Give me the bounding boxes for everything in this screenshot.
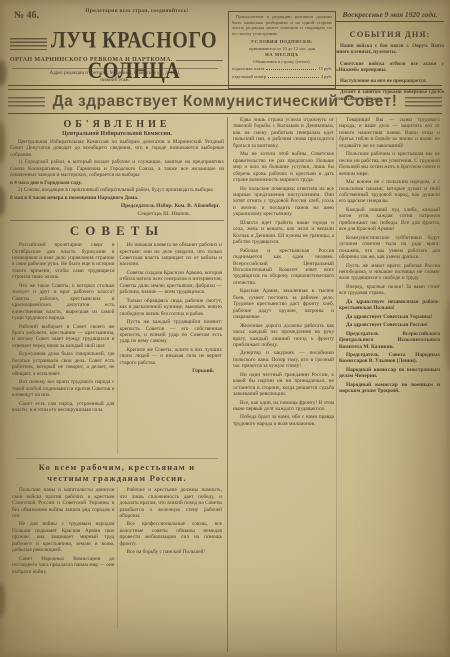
text-line: Пусть же каждый трудящийся помнит: крепо…	[120, 319, 223, 345]
left-half: ОБ'ЯВЛЕНИЕ Центральной Избирательной Ком…	[10, 117, 224, 652]
announcement-title: ОБ'ЯВЛЕНИЕ	[10, 119, 224, 130]
announcement-body: Центральная Избирательная Комиссия по вы…	[10, 139, 224, 201]
appeal-slogans: Да здравствует независимая рабоче-кресть…	[339, 299, 440, 329]
text-line: Дезертир и шкурник — пособники польского…	[233, 350, 334, 369]
appeal-column-1: Польские паны и капиталисты двинули свои…	[10, 487, 117, 628]
text-line: Рабочая и крестьянская Россия поднимаетс…	[233, 248, 334, 287]
subtitle-rule	[176, 60, 223, 61]
text-line: Шляхта идет грабить наши города и села, …	[233, 220, 334, 246]
soviets-title: СОВЕТЫ	[10, 223, 224, 239]
announcement-signature-secretary: Секретарь Ш. Иванов.	[10, 211, 224, 217]
price-value: 15 руб.	[318, 66, 332, 72]
price-value: 4 руб.	[321, 74, 332, 80]
proletarians-slogan: Пролетарии всех стран, соединяйтесь!	[56, 8, 218, 14]
subscription-title: УСЛОВИЯ ПОДПИСКИ:	[232, 39, 332, 45]
text-line: Вот почему все враги трудового народа с …	[12, 379, 115, 398]
appeal-signatures: Председатель Всероссийского Центрального…	[339, 331, 440, 395]
text-line: Едва лишь страна успела отдохнуть от тяж…	[233, 117, 334, 149]
text-line: Советы создали Красную Армию, которая от…	[120, 270, 223, 296]
text-line: в 4 часа дня в Городском саду.	[10, 180, 224, 186]
appeal-column-2: Рабочие и крестьяне должны помнить, что …	[117, 487, 225, 628]
text-line: 8 мая в 6 часов вечера в помещении Народ…	[10, 195, 224, 201]
newspaper-page: № 46. Пролетарии всех стран, соединяйтес…	[0, 0, 450, 657]
text-line: Но польские помещики ответили на все мир…	[233, 186, 334, 218]
edge-stain	[0, 60, 6, 86]
text-line: 1) Городской район, в который входят раб…	[10, 159, 224, 178]
text-line: Народный комиссар по военным и морским д…	[339, 382, 440, 395]
subscription-hours: принимаются от 10 до 12 час. дня	[232, 46, 332, 52]
text-line: Совет Народных Комиссаров до последнего …	[12, 556, 115, 575]
text-line: Председатель Всероссийского Центрального…	[339, 331, 440, 350]
text-line: Наши войска с боя взяли г. Овруч. Взято …	[336, 44, 444, 57]
text-line: Вперед, красные полки! За вами стоит вся…	[339, 284, 440, 297]
price-label: отдельный номер	[232, 74, 266, 80]
price-row: подписная плата 15 руб.	[232, 66, 332, 72]
soviets-article: СОВЕТЫ Российский пролетариат сверг в Ок…	[10, 222, 224, 454]
right-columns: Едва лишь страна успела отдохнуть от тяж…	[231, 117, 442, 652]
text-line: Российский пролетариат сверг в Октябрьск…	[12, 242, 115, 281]
text-line: Что же такое Советы, о которых столько т…	[12, 283, 115, 322]
text-line: Польские паны и капиталисты двинули свои…	[12, 487, 115, 519]
address-line-2: нижний этаж.	[12, 78, 218, 85]
section-rule	[10, 220, 224, 221]
text-line: Народный комиссар по иностранным делам Ч…	[339, 367, 440, 380]
right-half: Едва лишь страна успела отдохнуть от тяж…	[231, 117, 442, 652]
announcement-subtitle: Центральной Избирательной Комиссии.	[10, 131, 224, 137]
text-line: Только обращаясь сюда, рабочие смогут, к…	[120, 298, 223, 317]
dot-leader	[266, 66, 316, 70]
text-line: Совет есть сам народ, устроенный для вла…	[12, 401, 115, 414]
subtitle-row: ОРГАН МАРИИНСКОГО РЕВКОМА И ПАРТКОМА.	[10, 57, 223, 63]
announcement-signature-chairman: Председатель Избир. Ком. В. Айзенберг.	[10, 203, 224, 209]
announcement-section: ОБ'ЯВЛЕНИЕ Центральной Избирательной Ком…	[10, 117, 224, 217]
text-line: Товарищи! Вы — сыны трудового народа, и …	[339, 117, 440, 149]
text-line: Железные дороги должны работать как часы…	[233, 323, 334, 349]
text-line: Все профессиональные союзы, все волостны…	[120, 521, 223, 547]
text-line: Советские войска отбили все атаки у «Ниж…	[336, 62, 444, 75]
paper-stain	[444, 300, 450, 370]
newspaper-subtitle: ОРГАН МАРИИНСКОГО РЕВКОМА И ПАРТКОМА.	[10, 57, 173, 63]
text-line: Председатель Совета Народных Комиссаров …	[339, 352, 440, 365]
text-line: Центральная Избирательная Комиссия по вы…	[10, 139, 224, 158]
text-line: Рабочий выбирает в Совет своего же брата…	[12, 324, 115, 350]
banner-lines-decoration	[8, 97, 45, 107]
edge-stain	[0, 186, 5, 216]
subscription-box: Присылаемые в редакцию рукописи должны б…	[228, 11, 336, 89]
events-title: СОБЫТИЯ ДНЯ:	[336, 29, 444, 39]
issue-number: № 46.	[14, 10, 39, 21]
column-divider	[227, 117, 228, 652]
edge-stain	[0, 122, 5, 164]
text-line: Да здравствует Советская Украина!	[339, 314, 440, 320]
soviets-column-1: Российский пролетариат сверг в Октябрьск…	[10, 242, 117, 454]
dot-leader	[268, 74, 319, 78]
page-body: ОБ'ЯВЛЕНИЕ Центральной Избирательной Ком…	[10, 117, 442, 652]
text-line: Буржуазная дума была говорильней, где бо…	[12, 351, 115, 377]
soviets-column-2-text: Но никакая клевета не обманет рабочих и …	[120, 242, 223, 366]
text-line: Ни один честный гражданин России, к како…	[233, 372, 334, 398]
month-title: НА МЕСЯЦЪ	[232, 52, 332, 58]
body-column-4: Товарищи! Вы — сыны трудового народа, и …	[336, 117, 442, 652]
text-line: Крепите же Советы, шлите в них лучших св…	[120, 347, 223, 366]
body-column-3: Едва лишь страна успела отдохнуть от тяж…	[231, 117, 336, 652]
text-line: Каждый лишний пуд хлеба, каждый вагон уг…	[339, 207, 440, 233]
appeal-article: Ко всем рабочим, крестьянам и честным гр…	[10, 454, 224, 628]
date-line: Воскресенье 9 мая 1920 года.	[336, 10, 444, 22]
masthead-lines-decoration	[10, 38, 47, 51]
text-line: Польским рабочим и крестьянам мы не несе…	[339, 151, 440, 177]
address-block: Адрес редакции и конторы: Мариинск, Сове…	[12, 68, 218, 84]
text-line: Рабочие и крестьяне должны помнить, что …	[120, 487, 223, 519]
text-line: Все на борьбу с панской Польшей!	[120, 549, 223, 555]
appeal-title: Ко всем рабочим, крестьянам и честным гр…	[16, 458, 218, 484]
text-line: Все, как один, на помощь фронту! В этом …	[233, 400, 334, 413]
soviets-column-2: Но никакая клевета не обманет рабочих и …	[117, 242, 225, 454]
banner-lines-decoration	[405, 97, 442, 107]
text-line: Мы не хотели этой войны. Советское прави…	[233, 151, 334, 183]
text-line: Пусть же знают враги: рабочая Россия неп…	[339, 263, 440, 282]
appeal-columns: Польские паны и капиталисты двинули свои…	[10, 487, 224, 628]
text-line: Не для войны с трудовым народом Польши п…	[12, 521, 115, 553]
body-column-4-text: Товарищи! Вы — сыны трудового народа, и …	[339, 117, 440, 297]
editorial-notice: Присылаемые в редакцию рукописи должны б…	[232, 14, 332, 37]
text-line: Да здравствует Советская Россия!	[339, 322, 440, 328]
soviets-columns: Российский пролетариат сверг в Октябрьск…	[10, 242, 224, 454]
text-line: 2) Союзы, входящие в гарнизонный избират…	[10, 187, 224, 193]
text-line: Победа будет за нами, ибо с нами правда …	[233, 414, 334, 427]
banner-slogan: Да здравствует Коммунистический Совет!	[53, 93, 398, 111]
text-line: Коммунистические субботники будут лучшим…	[339, 235, 440, 261]
price-row: отдельный номер 4 руб.	[232, 74, 332, 80]
banner-row: Да здравствует Коммунистический Совет!	[8, 90, 442, 114]
text-line: Мы воюем не с польским народом, а с поль…	[339, 179, 440, 205]
text-line: Красная Армия, закаленная в тысяче боев,…	[233, 288, 334, 320]
edge-stain	[0, 583, 5, 617]
soviets-byline: Горький.	[120, 368, 223, 374]
price-label: подписная плата	[232, 66, 264, 72]
ads-note: Объявления в строку (петит):	[232, 59, 332, 65]
text-line: Но никакая клевета не обманет рабочих и …	[120, 242, 223, 268]
text-line: Да здравствует независимая рабоче-кресть…	[339, 299, 440, 312]
